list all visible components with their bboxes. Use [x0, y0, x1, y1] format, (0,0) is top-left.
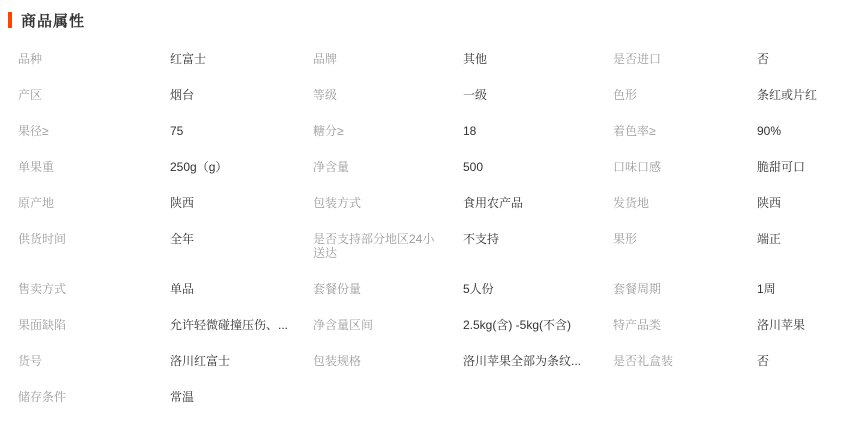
attribute-label: 包装方式	[313, 196, 463, 210]
attribute-value: 全年	[170, 232, 313, 246]
attribute-label: 果面缺陷	[18, 318, 170, 332]
attribute-label: 售卖方式	[18, 282, 170, 296]
attribute-label: 净含量区间	[313, 318, 463, 332]
attribute-value: 2.5kg(含) -5kg(不含)	[463, 318, 613, 332]
attribute-label: 糖分≥	[313, 124, 463, 138]
attribute-label: 单果重	[18, 160, 170, 174]
accent-bar-icon	[8, 12, 12, 28]
attribute-value: 否	[757, 52, 860, 66]
attribute-value: 端正	[757, 232, 860, 246]
attribute-label: 货号	[18, 354, 170, 368]
attribute-label: 是否支持部分地区24小送达	[313, 232, 463, 260]
section-title: 商品属性	[21, 10, 85, 31]
attribute-value: 一级	[463, 88, 613, 102]
attribute-value: 条红或片红	[757, 88, 860, 102]
attribute-value: 常温	[170, 390, 313, 404]
attribute-value: 陕西	[170, 196, 313, 210]
attribute-label: 口味口感	[613, 160, 757, 174]
attribute-label: 果径≥	[18, 124, 170, 138]
attribute-label: 等级	[313, 88, 463, 102]
attribute-value: 其他	[463, 52, 613, 66]
attribute-value: 允许轻微碰撞压伤、...	[170, 318, 313, 332]
attribute-label: 套餐周期	[613, 282, 757, 296]
attribute-value: 食用农产品	[463, 196, 613, 210]
attribute-label: 品牌	[313, 52, 463, 66]
attribute-value: 18	[463, 124, 613, 138]
attribute-value: 90%	[757, 124, 860, 138]
attribute-label: 净含量	[313, 160, 463, 174]
attribute-value: 75	[170, 124, 313, 138]
attribute-value: 500	[463, 160, 613, 174]
attribute-label: 套餐份量	[313, 282, 463, 296]
attribute-value: 250g（g）	[170, 160, 313, 174]
attribute-value: 不支持	[463, 232, 613, 246]
attribute-label: 着色率≥	[613, 124, 757, 138]
attribute-label: 储存条件	[18, 390, 170, 404]
attribute-label: 产区	[18, 88, 170, 102]
attribute-value: 烟台	[170, 88, 313, 102]
attribute-label: 供货时间	[18, 232, 170, 246]
attribute-label: 是否礼盒装	[613, 354, 757, 368]
attribute-value: 5人份	[463, 282, 613, 296]
attribute-label: 品种	[18, 52, 170, 66]
attribute-label: 色形	[613, 88, 757, 102]
section-header: 商品属性	[8, 10, 860, 30]
attribute-value: 洛川苹果全部为条纹...	[463, 354, 613, 368]
attribute-label: 果形	[613, 232, 757, 246]
attribute-label: 特产品类	[613, 318, 757, 332]
attribute-value: 洛川苹果	[757, 318, 860, 332]
attribute-value: 否	[757, 354, 860, 368]
attributes-table: 品种 红富士 品牌 其他 是否进口 否 产区 烟台 等级 一级 色形 条红或片红…	[0, 52, 860, 404]
attribute-label: 是否进口	[613, 52, 757, 66]
attribute-label: 包装规格	[313, 354, 463, 368]
attribute-value: 洛川红富士	[170, 354, 313, 368]
attribute-value: 单品	[170, 282, 313, 296]
attribute-value: 脆甜可口	[757, 160, 860, 174]
attribute-label: 原产地	[18, 196, 170, 210]
attribute-label: 发货地	[613, 196, 757, 210]
attribute-value: 1周	[757, 282, 860, 296]
attribute-value: 红富士	[170, 52, 313, 66]
attribute-value: 陕西	[757, 196, 860, 210]
